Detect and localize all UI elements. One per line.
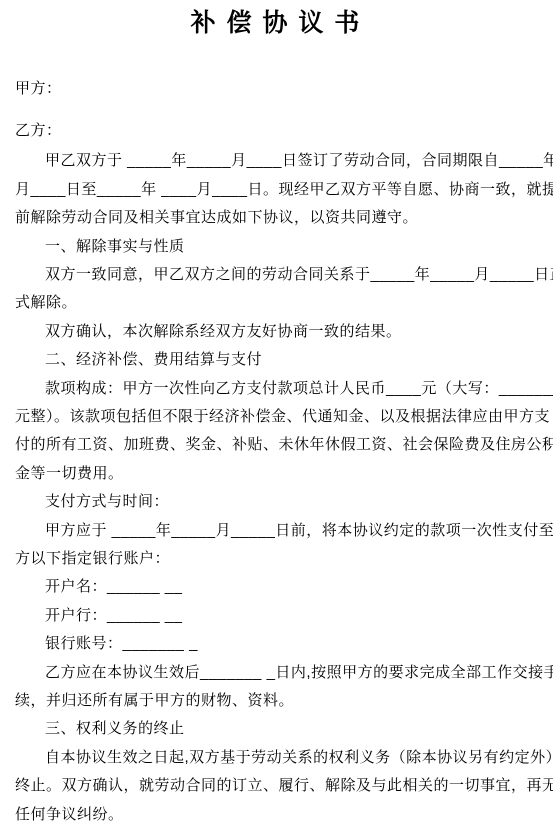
document-title: 补 偿 协 议 书 [15, 8, 537, 38]
document-page: 补 偿 协 议 书 甲方： 乙方： 甲乙双方于 _____年_____月____… [0, 0, 553, 822]
bank-branch-line: 开户行：______ __ [15, 602, 537, 630]
party-b-line: 乙方： [15, 117, 537, 145]
payment-composition-line-1: 款项构成：甲方一次性向乙方支付款项总计人民币____元（大写：_______ _ [15, 375, 537, 403]
intro-paragraph-line-1: 甲乙双方于 _____年_____月____日签订了劳动合同，合同期限自____… [15, 147, 537, 175]
section-1-confirmation-line: 双方确认，本次解除系经双方友好协商一致的结果。 [15, 318, 537, 346]
section-3-heading: 三、权利义务的终止 [15, 715, 537, 743]
payment-composition-line-3: 付的所有工资、加班费、奖金、补贴、未休年休假工资、社会保险费及住房公积 [15, 431, 537, 459]
section-3-paragraph-line-1: 自本协议生效之日起,双方基于劳动关系的权利义务（除本协议另有约定外） [15, 744, 537, 772]
party-a-line: 甲方： [15, 75, 537, 103]
payment-composition-line-4: 金等一切费用。 [15, 460, 537, 488]
handover-line-2: 续，并归还所有属于甲方的财物、资料。 [15, 687, 537, 715]
payment-composition-line-2: 元整）。该款项包括但不限于经济补偿金、代通知金、以及根据法律应由甲方支 [15, 403, 537, 431]
intro-paragraph-line-2: 月____日至_____年 ____月____日。现经甲乙双方平等自愿、协商一致… [15, 176, 537, 204]
intro-paragraph-line-3: 前解除劳动合同及相关事宜达成如下协议，以资共同遵守。 [15, 204, 537, 232]
section-3-paragraph-line-2: 终止。双方确认，就劳动合同的订立、履行、解除及与此相关的一切事宜，再无 [15, 772, 537, 800]
account-name-line: 开户名：______ __ [15, 573, 537, 601]
section-1-paragraph-line-1: 双方一致同意，甲乙双方之间的劳动合同关系于_____年_____月_____日正 [15, 261, 537, 289]
bank-account-number-line: 银行账号：_______ _ [15, 630, 537, 658]
payment-time-line-2: 方以下指定银行账户： [15, 545, 537, 573]
section-1-paragraph-line-2: 式解除。 [15, 289, 537, 317]
section-3-paragraph-line-3: 任何争议纠纷。 [15, 801, 537, 822]
payment-time-line-1: 甲方应于 _____年_____月_____日前，将本协议约定的款项一次性支付至… [15, 517, 537, 545]
handover-line-1: 乙方应在本协议生效后_______ _日内,按照甲方的要求完成全部工作交接手 [15, 659, 537, 687]
section-1-heading: 一、解除事实与性质 [15, 233, 537, 261]
payment-method-heading-line: 支付方式与时间： [15, 488, 537, 516]
section-2-heading: 二、经济补偿、费用结算与支付 [15, 346, 537, 374]
